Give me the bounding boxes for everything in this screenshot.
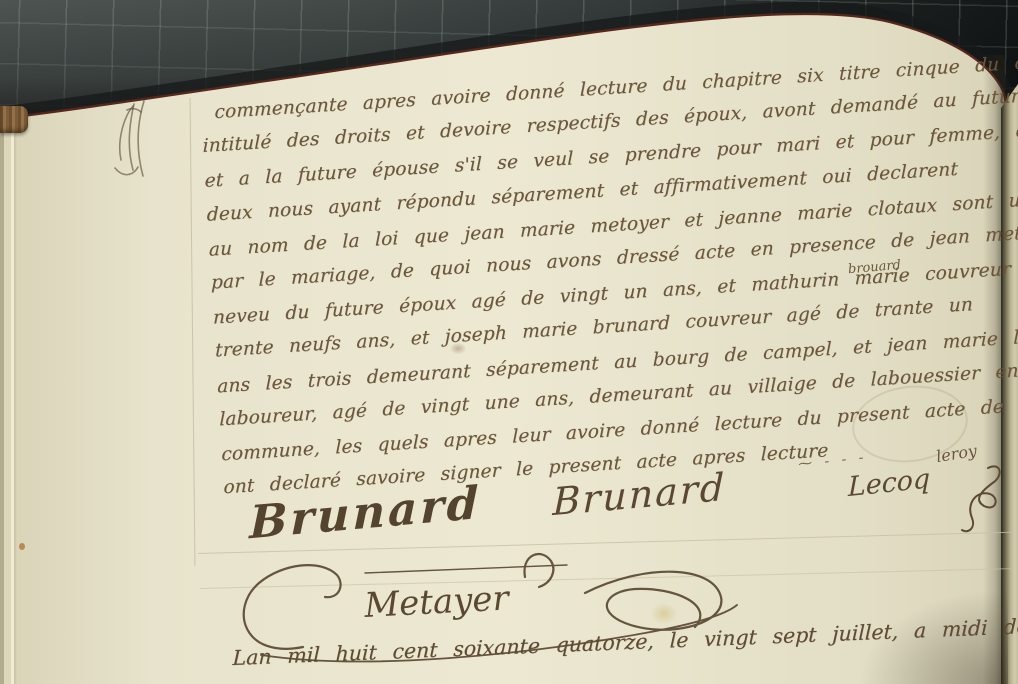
page-fold-shadow [14,110,18,684]
binding-cord-patch [0,106,28,133]
page-block-edge-strip [4,111,11,684]
signature-metayer-text: Metayer [362,578,511,626]
margin-paraph-mark [103,96,175,184]
lecoq-paraph-flourish [960,460,1008,538]
scanned-register-page: commençante apres avoire donné lecture d… [0,0,1018,684]
rust-spot [19,543,25,550]
